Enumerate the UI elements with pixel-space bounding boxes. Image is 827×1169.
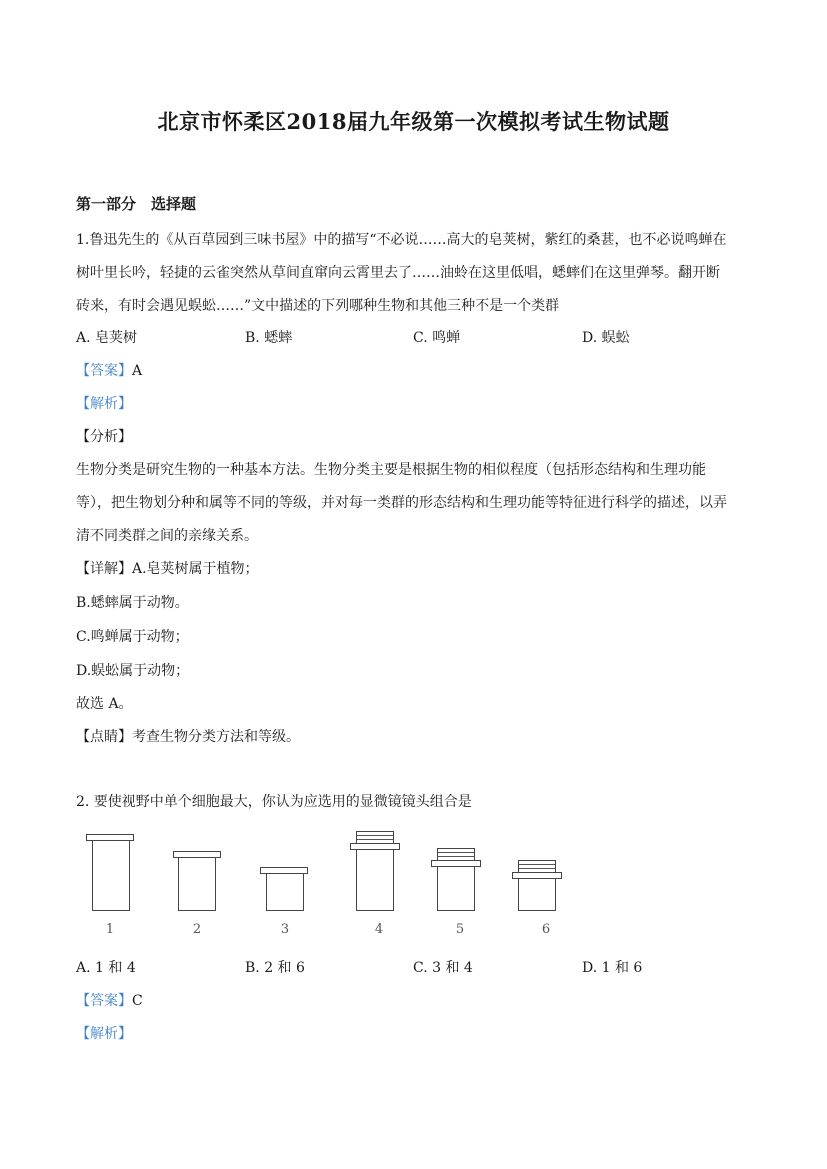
- q1-stem-line-2: 树叶里长吟，轻捷的云雀突然从草间直窜向云霄里去了……油蛉在这里低唱，蟋蟀们在这里…: [76, 262, 720, 282]
- q1-detail-line-4: D.蜈蚣属于动物；: [76, 660, 189, 680]
- q1-stem-line-1: 1.鲁迅先生的《从百草园到三味书屋》中的描写“不必说……高大的皂荚树，紫红的桑葚…: [76, 229, 727, 249]
- detail-text: A.皂荚树属于植物；: [132, 561, 259, 577]
- dianjing-text: 考查生物分类方法和等级。: [132, 729, 300, 745]
- q2-option-d: D. 1 和 6: [582, 957, 642, 977]
- q2-analysis-label: 【解析】: [76, 1023, 132, 1043]
- q2-option-c: C. 3 和 4: [413, 957, 473, 977]
- q1-option-c: C. 鸣蝉: [413, 327, 460, 347]
- lens-label-5: 5: [450, 922, 470, 937]
- q1-fenxi-line-3: 清不同类群之间的亲缘关系。: [76, 525, 258, 545]
- lens-label-3: 3: [275, 922, 295, 937]
- q1-analysis-label: 【解析】: [76, 393, 132, 413]
- answer-value: A: [132, 363, 142, 379]
- lens-label-6: 6: [536, 922, 556, 937]
- answer-label: 【答案】: [76, 993, 132, 1009]
- q1-dianjing: 【点睛】考查生物分类方法和等级。: [76, 726, 300, 746]
- section-heading: 第一部分 选择题: [76, 193, 196, 214]
- q1-option-b: B. 蟋蟀: [245, 327, 292, 347]
- q2-option-b: B. 2 和 6: [245, 957, 305, 977]
- q2-answer: 【答案】C: [76, 990, 143, 1010]
- microscope-lens-figure: 1 2 3 4 5 6: [76, 826, 586, 944]
- q1-fenxi-line-1: 生物分类是研究生物的一种基本方法。生物分类主要是根据生物的相似程度（包括形态结构…: [76, 459, 706, 479]
- q1-detail-line-3: C.鸣蝉属于动物；: [76, 626, 189, 646]
- q1-option-d: D. 蜈蚣: [582, 327, 630, 347]
- q1-fenxi-label: 【分析】: [76, 426, 132, 446]
- q1-option-a: A. 皂荚树: [76, 327, 137, 347]
- q1-detail-line-1: 【详解】A.皂荚树属于植物；: [76, 558, 259, 578]
- q2-stem: 2. 要使视野中单个细胞最大，你认为应选用的显微镜镜头组合是: [76, 791, 472, 811]
- lens-label-1: 1: [100, 922, 120, 937]
- lens-label-2: 2: [187, 922, 207, 937]
- answer-label: 【答案】: [76, 363, 132, 379]
- detail-label: 【详解】: [76, 561, 132, 577]
- q1-detail-line-2: B.蟋蟀属于动物。: [76, 592, 189, 612]
- q1-detail-line-5: 故选 A。: [76, 693, 133, 713]
- q1-answer: 【答案】A: [76, 360, 142, 380]
- answer-value: C: [132, 993, 143, 1009]
- q2-option-a: A. 1 和 4: [76, 957, 136, 977]
- q1-stem-line-3: 砖来，有时会遇见蜈蚣……”文中描述的下列哪种生物和其他三种不是一个类群: [76, 295, 559, 315]
- document-title: 北京市怀柔区2018届九年级第一次模拟考试生物试题: [0, 106, 827, 136]
- dianjing-label: 【点睛】: [76, 729, 132, 745]
- lens-label-4: 4: [369, 922, 389, 937]
- q1-fenxi-line-2: 等），把生物划分种和属等不同的等级，并对每一类群的形态结构和生理功能等特征进行科…: [76, 492, 727, 512]
